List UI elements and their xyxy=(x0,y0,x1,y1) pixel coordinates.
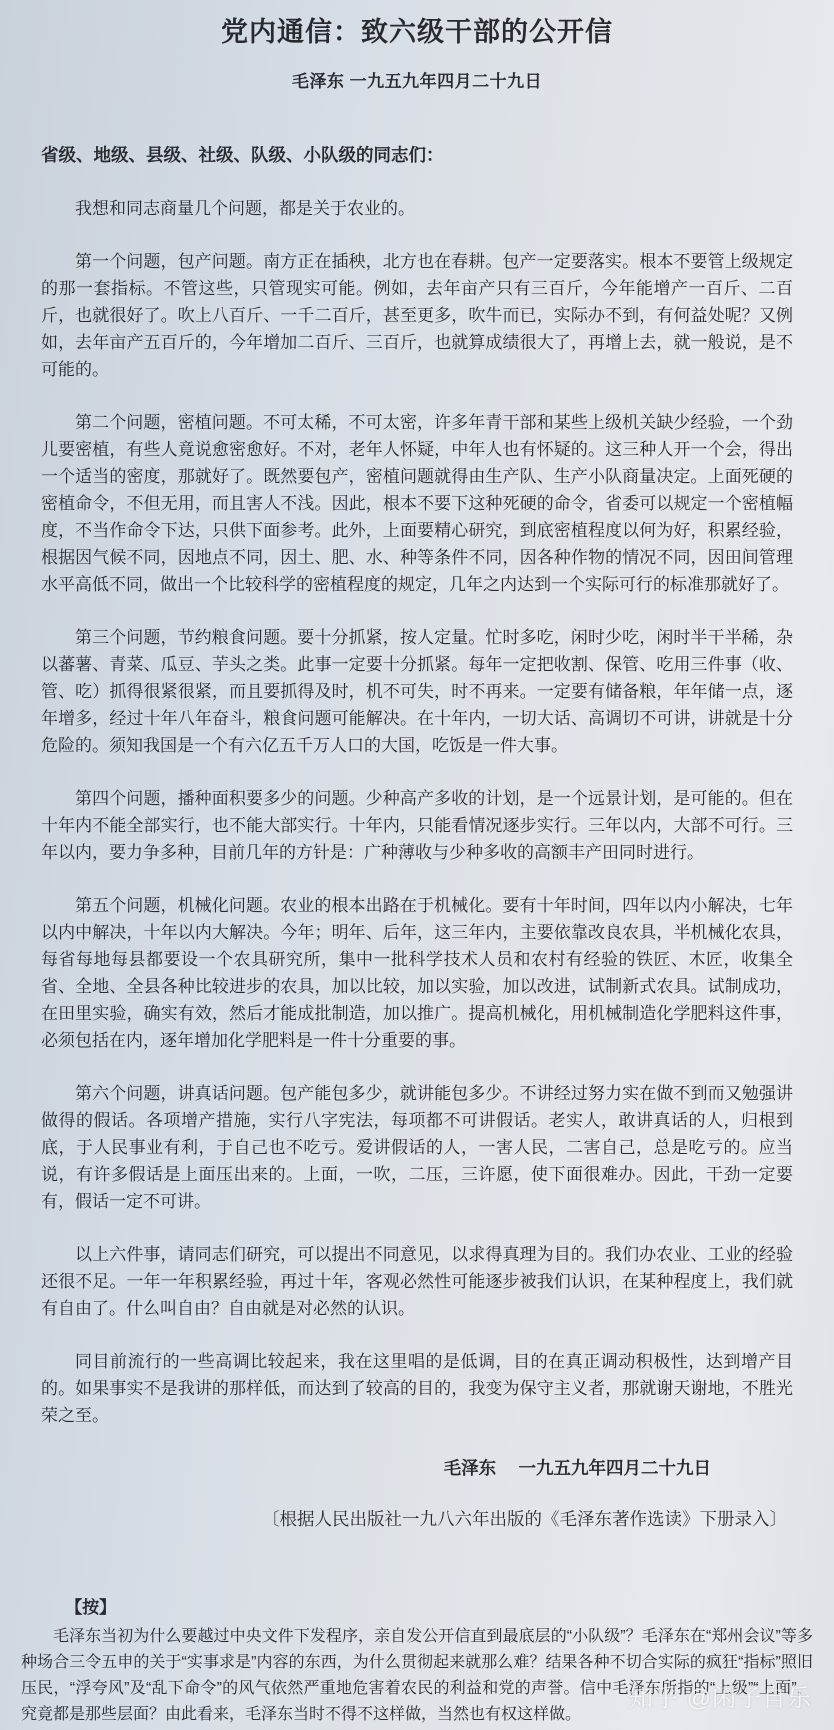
letter-paragraph-3: 第二个问题，密植问题。不可太稀，不可太密，许多年青干部和某些上级机关缺少经验，一… xyxy=(41,409,793,598)
editor-note-label: 【按】 xyxy=(21,1595,813,1621)
letter-paragraph-8: 以上六件事，请同志们研究，可以提出不同意见，以求得真理为目的。我们办农业、工业的… xyxy=(41,1241,793,1322)
source-note: 〔根据人民出版社一九八六年出版的《毛泽东著作选读》下册录入〕 xyxy=(41,1506,793,1533)
letter-paragraph-1: 我想和同志商量几个问题，都是关于农业的。 xyxy=(41,195,793,222)
letter-paragraph-4: 第三个问题，节约粮食问题。要十分抓紧，按人定量。忙时多吃，闲时少吃，闲时半干半稀… xyxy=(41,624,793,759)
letter-paragraph-5: 第四个问题，播种面积要多少的问题。少种高产多收的计划，是一个远景计划，是可能的。… xyxy=(41,785,793,866)
open-letter-document: 党内通信：致六级干部的公开信 毛泽东 一九五九年四月二十九日 省级、地级、县级、… xyxy=(0,0,834,1728)
letter-paragraph-2: 第一个问题，包产问题。南方正在插秧，北方也在春耕。包产一定要落实。根本不要管上级… xyxy=(41,248,793,383)
salutation: 省级、地级、县级、社级、队级、小队级的同志们： xyxy=(41,142,793,169)
letter-paragraph-6: 第五个问题，机械化问题。农业的根本出路在于机械化。要有十年时间，四年以内小解决，… xyxy=(41,892,793,1054)
byline: 毛泽东 一九五九年四月二十九日 xyxy=(41,67,793,92)
letter-paragraph-7: 第六个问题，讲真话问题。包产能包多少，就讲能包多少。不讲经过努力实在做不到而又勉… xyxy=(41,1080,793,1215)
page-title: 党内通信：致六级干部的公开信 xyxy=(41,14,793,50)
letter-paragraph-9: 同目前流行的一些高调比较起来，我在这里唱的是低调，目的在真正调动积极性，达到增产… xyxy=(41,1348,793,1429)
zhihu-watermark: 知乎 @闲子自乐 xyxy=(629,1678,812,1713)
document-page: { "document": { "title": "党内通信：致六级干部的公开信… xyxy=(0,0,834,1730)
signature-line: 毛泽东 一九五九年四月二十九日 xyxy=(41,1455,793,1482)
